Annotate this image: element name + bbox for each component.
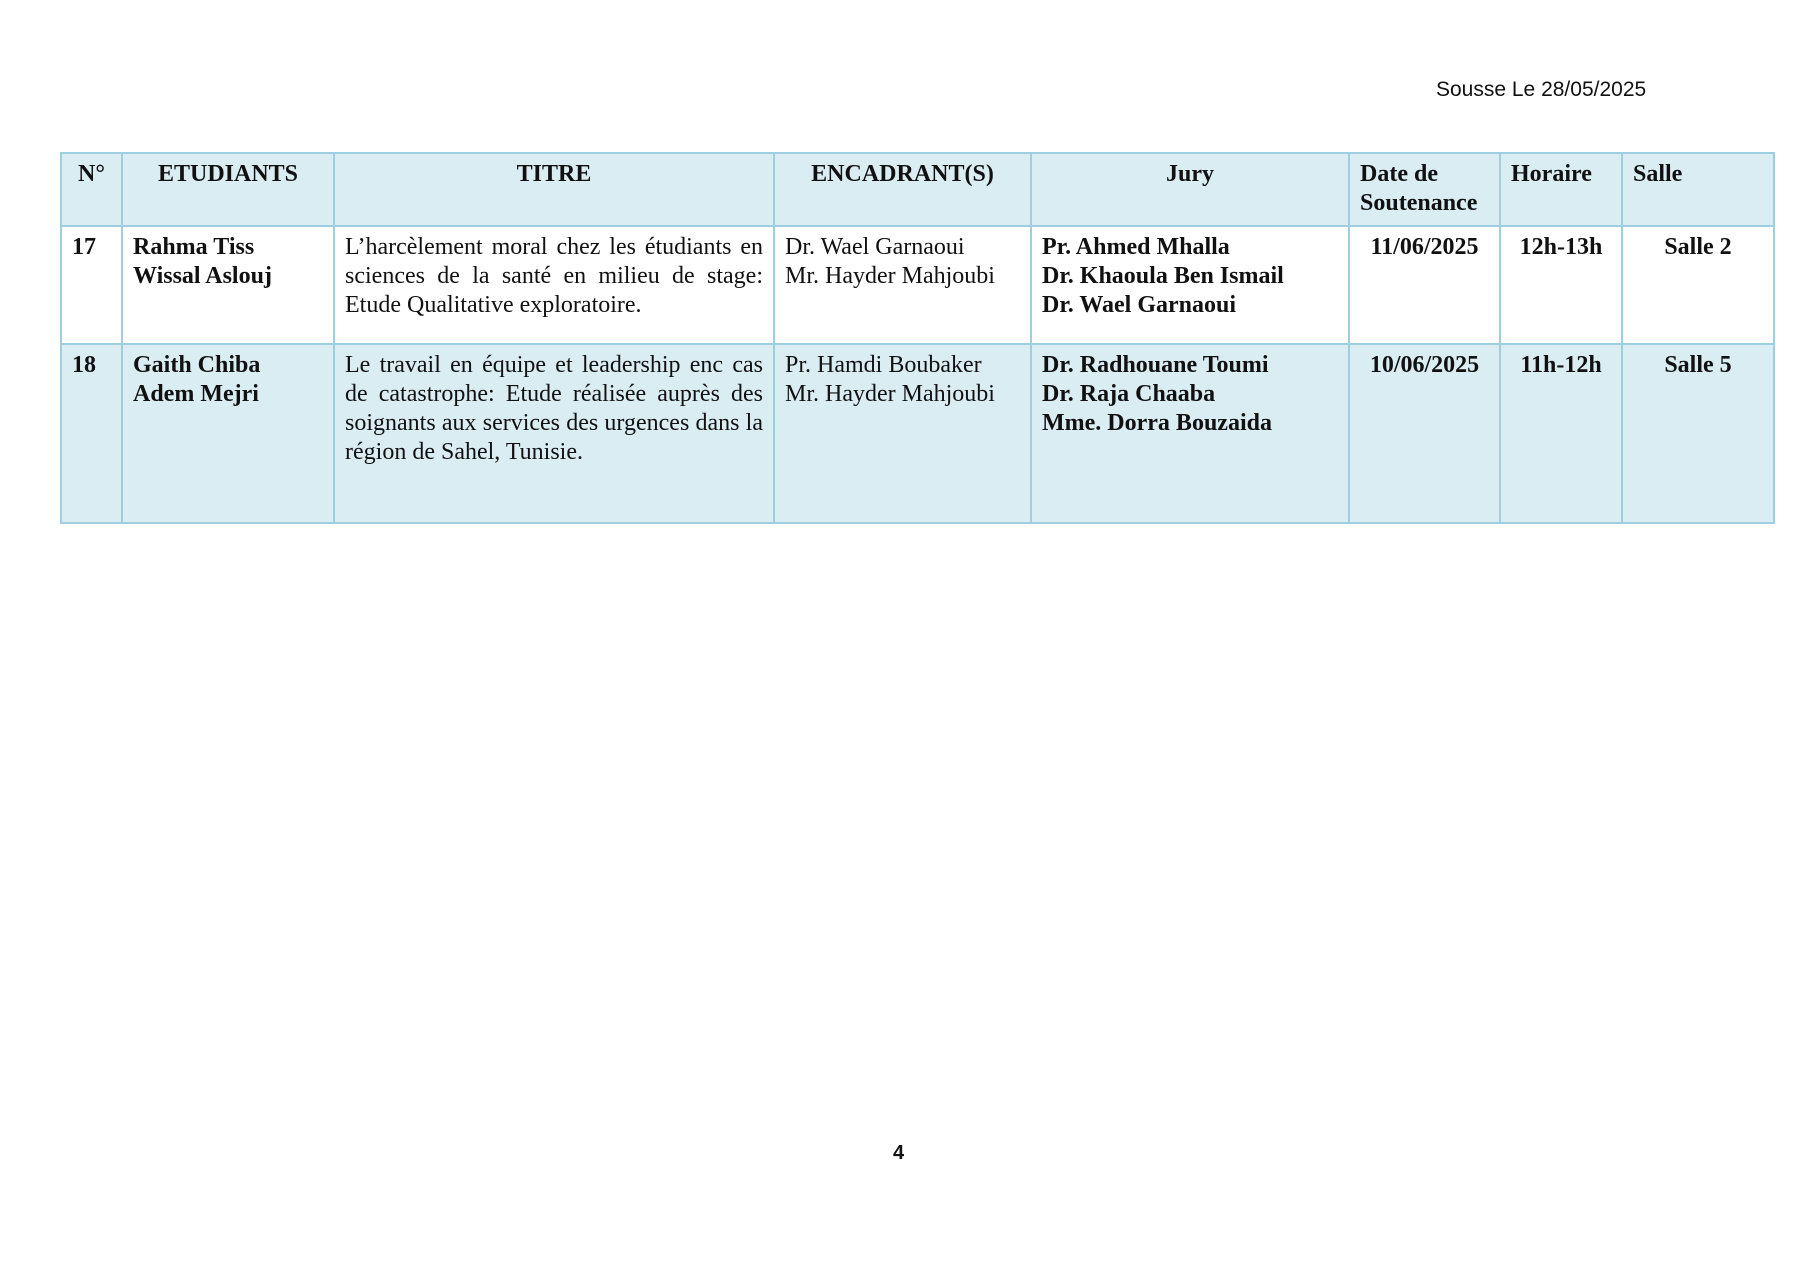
row-number: 17 xyxy=(61,226,122,344)
jury-member: Dr. Khaoula Ben Ismail xyxy=(1042,262,1338,291)
jury-cell: Pr. Ahmed Mhalla Dr. Khaoula Ben Ismail … xyxy=(1031,226,1349,344)
column-header-time: Horaire xyxy=(1500,153,1622,226)
defense-time: 11h-12h xyxy=(1500,344,1622,523)
column-header-jury: Jury xyxy=(1031,153,1349,226)
supervisors-cell: Pr. Hamdi Boubaker Mr. Hayder Mahjoubi xyxy=(774,344,1031,523)
defense-room: Salle 5 xyxy=(1622,344,1774,523)
defense-schedule-table: N° ETUDIANTS TITRE ENCADRANT(S) Jury Dat… xyxy=(60,152,1775,524)
column-header-title: TITRE xyxy=(334,153,774,226)
students-cell: Gaith Chiba Adem Mejri xyxy=(122,344,334,523)
defense-date: 10/06/2025 xyxy=(1349,344,1500,523)
column-header-students: ETUDIANTS xyxy=(122,153,334,226)
jury-member: Dr. Raja Chaaba xyxy=(1042,380,1338,409)
defense-time: 12h-13h xyxy=(1500,226,1622,344)
student-name: Rahma Tiss xyxy=(133,233,323,262)
jury-member: Mme. Dorra Bouzaida xyxy=(1042,409,1338,438)
supervisor-name: Mr. Hayder Mahjoubi xyxy=(785,262,1020,291)
supervisor-name: Pr. Hamdi Boubaker xyxy=(785,351,1020,380)
column-header-room: Salle xyxy=(1622,153,1774,226)
jury-member: Pr. Ahmed Mhalla xyxy=(1042,233,1338,262)
student-name: Wissal Aslouj xyxy=(133,262,323,291)
thesis-title: Le travail en équipe et leadership enc c… xyxy=(334,344,774,523)
table-row: 18 Gaith Chiba Adem Mejri Le travail en … xyxy=(61,344,1774,523)
table-header-row: N° ETUDIANTS TITRE ENCADRANT(S) Jury Dat… xyxy=(61,153,1774,226)
supervisor-name: Dr. Wael Garnaoui xyxy=(785,233,1020,262)
defense-date: 11/06/2025 xyxy=(1349,226,1500,344)
student-name: Gaith Chiba xyxy=(133,351,323,380)
page-number: 4 xyxy=(893,1142,904,1165)
supervisor-name: Mr. Hayder Mahjoubi xyxy=(785,380,1020,409)
jury-member: Dr. Wael Garnaoui xyxy=(1042,291,1338,320)
place-and-date: Sousse Le 28/05/2025 xyxy=(1436,78,1646,102)
thesis-title: L’harcèlement moral chez les étudiants e… xyxy=(334,226,774,344)
defense-room: Salle 2 xyxy=(1622,226,1774,344)
jury-member: Dr. Radhouane Toumi xyxy=(1042,351,1338,380)
jury-cell: Dr. Radhouane Toumi Dr. Raja Chaaba Mme.… xyxy=(1031,344,1349,523)
table-row: 17 Rahma Tiss Wissal Aslouj L’harcèlemen… xyxy=(61,226,1774,344)
students-cell: Rahma Tiss Wissal Aslouj xyxy=(122,226,334,344)
column-header-number: N° xyxy=(61,153,122,226)
column-header-date: Date de Soutenance xyxy=(1349,153,1500,226)
supervisors-cell: Dr. Wael Garnaoui Mr. Hayder Mahjoubi xyxy=(774,226,1031,344)
row-number: 18 xyxy=(61,344,122,523)
student-name: Adem Mejri xyxy=(133,380,323,409)
column-header-supervisors: ENCADRANT(S) xyxy=(774,153,1031,226)
